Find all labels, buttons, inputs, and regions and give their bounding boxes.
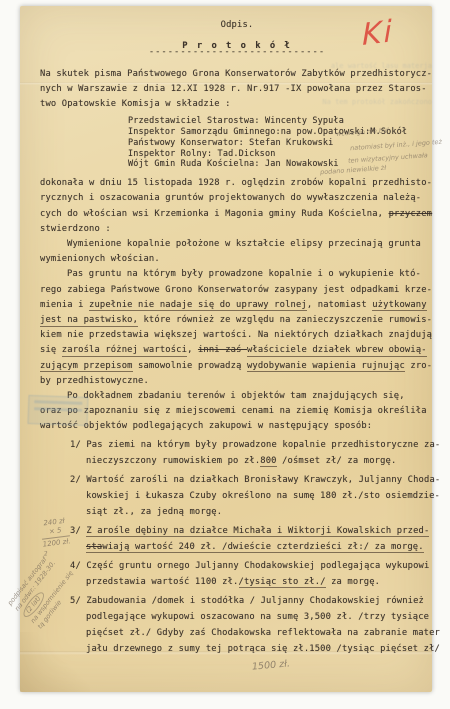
typed-line: przedstawia wartość 1100 zł./tysiąc sto … xyxy=(86,574,434,590)
typed-text: wartość objektów podlegających zakupowi … xyxy=(40,421,372,431)
typed-line: kowskiej i Łukasza Czuby określono na su… xyxy=(86,488,434,504)
scan-background: ale wartość lasu materja Na tem protokół… xyxy=(0,0,450,709)
typed-text: Pas gruntu na którym były prowadzone kop… xyxy=(67,269,421,279)
typed-line: stawiają wartość 240 zł. /dwieście czter… xyxy=(86,539,434,555)
typed-line: two Opatowskie Komisja w składzie : xyxy=(40,97,434,112)
typed-line: rego zabiega Państwowe Grono Konserwator… xyxy=(40,283,434,298)
typed-text: inni zaś xyxy=(198,345,247,355)
typed-text: pięćset zł./ Gdyby zaś Chodakowska refle… xyxy=(86,628,440,638)
typed-text: dokonała w dniu 15 listopada 1928 r. ogl… xyxy=(40,178,432,188)
typed-line: 3/ Z arośle dębiny na działce Michała i … xyxy=(70,523,434,539)
typed-line: Wymienione kopalnie położone w kształcie… xyxy=(40,237,434,252)
typed-line: wartość objektów podlegających zakupowi … xyxy=(40,419,434,434)
typed-line: dokonała w dniu 15 listopada 1928 r. ogl… xyxy=(40,176,434,191)
typed-text: kowskiej i Łukasza Czuby określono na su… xyxy=(86,491,440,501)
typed-text: jest na pastwisko, xyxy=(40,315,138,327)
typed-text: Po dokładnem zbadaniu terenów i objektów… xyxy=(67,391,405,401)
typed-text: właściciele działek wbrew obowią- xyxy=(247,345,427,357)
typed-line: podlegające wykupowi oszacowano na sumę … xyxy=(86,609,434,625)
stamp-bleed-mark xyxy=(28,395,89,426)
typed-text: wymienionych włościan. xyxy=(40,254,160,264)
typed-text: , natomiast xyxy=(307,300,372,310)
typed-text: Na skutek pisma Państwowego Grona Konser… xyxy=(40,69,432,79)
typed-text: mienia i xyxy=(40,300,89,310)
typed-text: Wójt Gmin Ruda Kościelna: Jan Nowakowski xyxy=(128,159,339,169)
typed-text: Państwowy Konserwator: Stefan Krukowski xyxy=(128,138,333,148)
typed-text: 4/ Część gruntu ornego Juljanny Chodakow… xyxy=(70,561,429,571)
typed-line: nych w Warszawie z dnia 12.XI 1928 r. Nr… xyxy=(40,82,434,97)
typed-text: /ośmset zł/ za morgę. xyxy=(277,456,397,466)
typed-text: zującym przepisom xyxy=(40,361,133,373)
typed-text: wydobywanie wapienia rujnując xyxy=(247,361,405,373)
typed-text: two Opatowskie Komisja w składzie : xyxy=(40,99,231,109)
typed-text: oraz po zapoznaniu się z miejscowemi cen… xyxy=(40,406,427,416)
typed-text: siąt zł., za jedną morgę. xyxy=(86,507,222,517)
typed-line: siąt zł., za jedną morgę. xyxy=(86,504,434,520)
typed-line: jest na pastwisko, które również ze wzgl… xyxy=(40,313,434,328)
typed-text: rego zabiega Państwowe Grono Konserwator… xyxy=(40,285,432,295)
typed-text: cych do włościan wsi Krzemionka i Magoni… xyxy=(40,209,389,219)
calc-top: 240 zł xyxy=(43,517,65,528)
typed-text: za morgę. xyxy=(326,577,380,587)
typed-line: nieczyszczony rumowiskiem po zł.800 /ośm… xyxy=(86,453,434,469)
typed-line: oraz po zapoznaniu się z miejscowemi cen… xyxy=(40,404,434,419)
typed-text: Wymienione kopalnie położone w kształcie… xyxy=(67,239,421,249)
typed-text: 1/ Pas ziemi na którym były prowadzone k… xyxy=(70,440,440,450)
typed-text: stwierdzono : xyxy=(40,224,111,234)
typed-line: 2/ Wartość zarośli na działkach Bronisła… xyxy=(70,472,434,488)
typed-line: stwierdzono : xyxy=(40,222,434,237)
typed-text: by przedhistowyczne. xyxy=(40,376,149,386)
typed-text: się xyxy=(40,345,62,355)
typed-line: jału drzewnego z sumy tej potrąca się zł… xyxy=(86,641,434,657)
typed-line: się zarośla różnej wartości, inni zaś wł… xyxy=(40,343,434,358)
typed-line: pięćset zł./ Gdyby zaś Chodakowska refle… xyxy=(86,625,434,641)
typed-text: przyczem xyxy=(389,209,433,219)
typed-text: 800 xyxy=(260,456,276,468)
typed-text: Inspektor Rolny: Tad.Dickson xyxy=(128,149,276,159)
typed-text: kiem nie przedstawia większej wartości. … xyxy=(40,330,432,340)
typed-line: rycznych i oszacowania gruntów projektow… xyxy=(40,191,434,206)
typed-text: rycznych i oszacowania gruntów projektow… xyxy=(40,193,421,203)
typed-line: 5/ Zabudowania /domek i stodółka / Julja… xyxy=(70,593,434,609)
typed-text: użytkowany xyxy=(372,300,426,312)
typed-text: Przedstawiciel Starostwa: Wincenty Sypuł… xyxy=(128,116,344,126)
pencil-amount-note: 1500 zł. xyxy=(252,658,291,672)
typed-line: Pas gruntu na którym były prowadzone kop… xyxy=(40,267,434,282)
typed-line: 1/ Pas ziemi na którym były prowadzone k… xyxy=(70,437,434,453)
typed-text: nych w Warszawie z dnia 12.XI 1928 r. Nr… xyxy=(40,84,427,94)
typed-line: zującym przepisom samowolnie prowadzą wy… xyxy=(40,359,434,374)
typed-line: 4/ Część gruntu ornego Juljanny Chodakow… xyxy=(70,558,434,574)
typed-text: 2/ Wartość zarośli na działkach Bronisła… xyxy=(70,475,440,485)
typed-text: zupełnie nie nadaje się do uprawy rolnej xyxy=(89,300,307,312)
typed-text: zarośla różnej wartości xyxy=(62,345,187,357)
typed-text: nieczyszczony rumowiskiem po zł. xyxy=(86,456,260,466)
document-paper: ale wartość lasu materja Na tem protokół… xyxy=(20,6,432,692)
typed-text: Z arośle dębiny na działce Michała i Wik… xyxy=(86,526,429,538)
typed-text: zro- xyxy=(405,361,432,371)
typed-line: mienia i zupełnie nie nadaje się do upra… xyxy=(40,298,434,313)
typed-text: 5/ Zabudowania /domek i stodółka / Julja… xyxy=(70,596,424,606)
typed-text-column: Odpis. P r o t o k ó ł -----------------… xyxy=(40,18,434,657)
typed-text: podlegające wykupowi oszacowano na sumę … xyxy=(86,612,429,622)
typed-text: samowolnie prowadzą xyxy=(133,361,247,371)
typed-text: /tysiąc sto zł./ xyxy=(239,577,326,589)
typed-line: kiem nie przedstawia większej wartości. … xyxy=(40,328,434,343)
typed-line: wymienionych włościan. xyxy=(40,252,434,267)
typed-line: Na skutek pisma Państwowego Grona Konser… xyxy=(40,67,434,82)
typed-text: wiają wartość 240 zł. /dwieście czterdzi… xyxy=(102,542,423,554)
typed-line: Po dokładnem zbadaniu terenów i objektów… xyxy=(40,389,434,404)
red-crayon-mark: Ki xyxy=(362,14,394,53)
typed-text: przedstawia wartość 1100 zł. xyxy=(86,577,239,587)
typed-line: by przedhistowyczne. xyxy=(40,374,434,389)
typed-text: , xyxy=(187,345,198,355)
typed-text: jału drzewnego z sumy tej potrąca się zł… xyxy=(86,644,440,654)
typed-text: które również ze względu na zanieczyszcz… xyxy=(138,315,432,325)
typed-line: cych do włościan wsi Krzemionka i Magoni… xyxy=(40,207,434,222)
